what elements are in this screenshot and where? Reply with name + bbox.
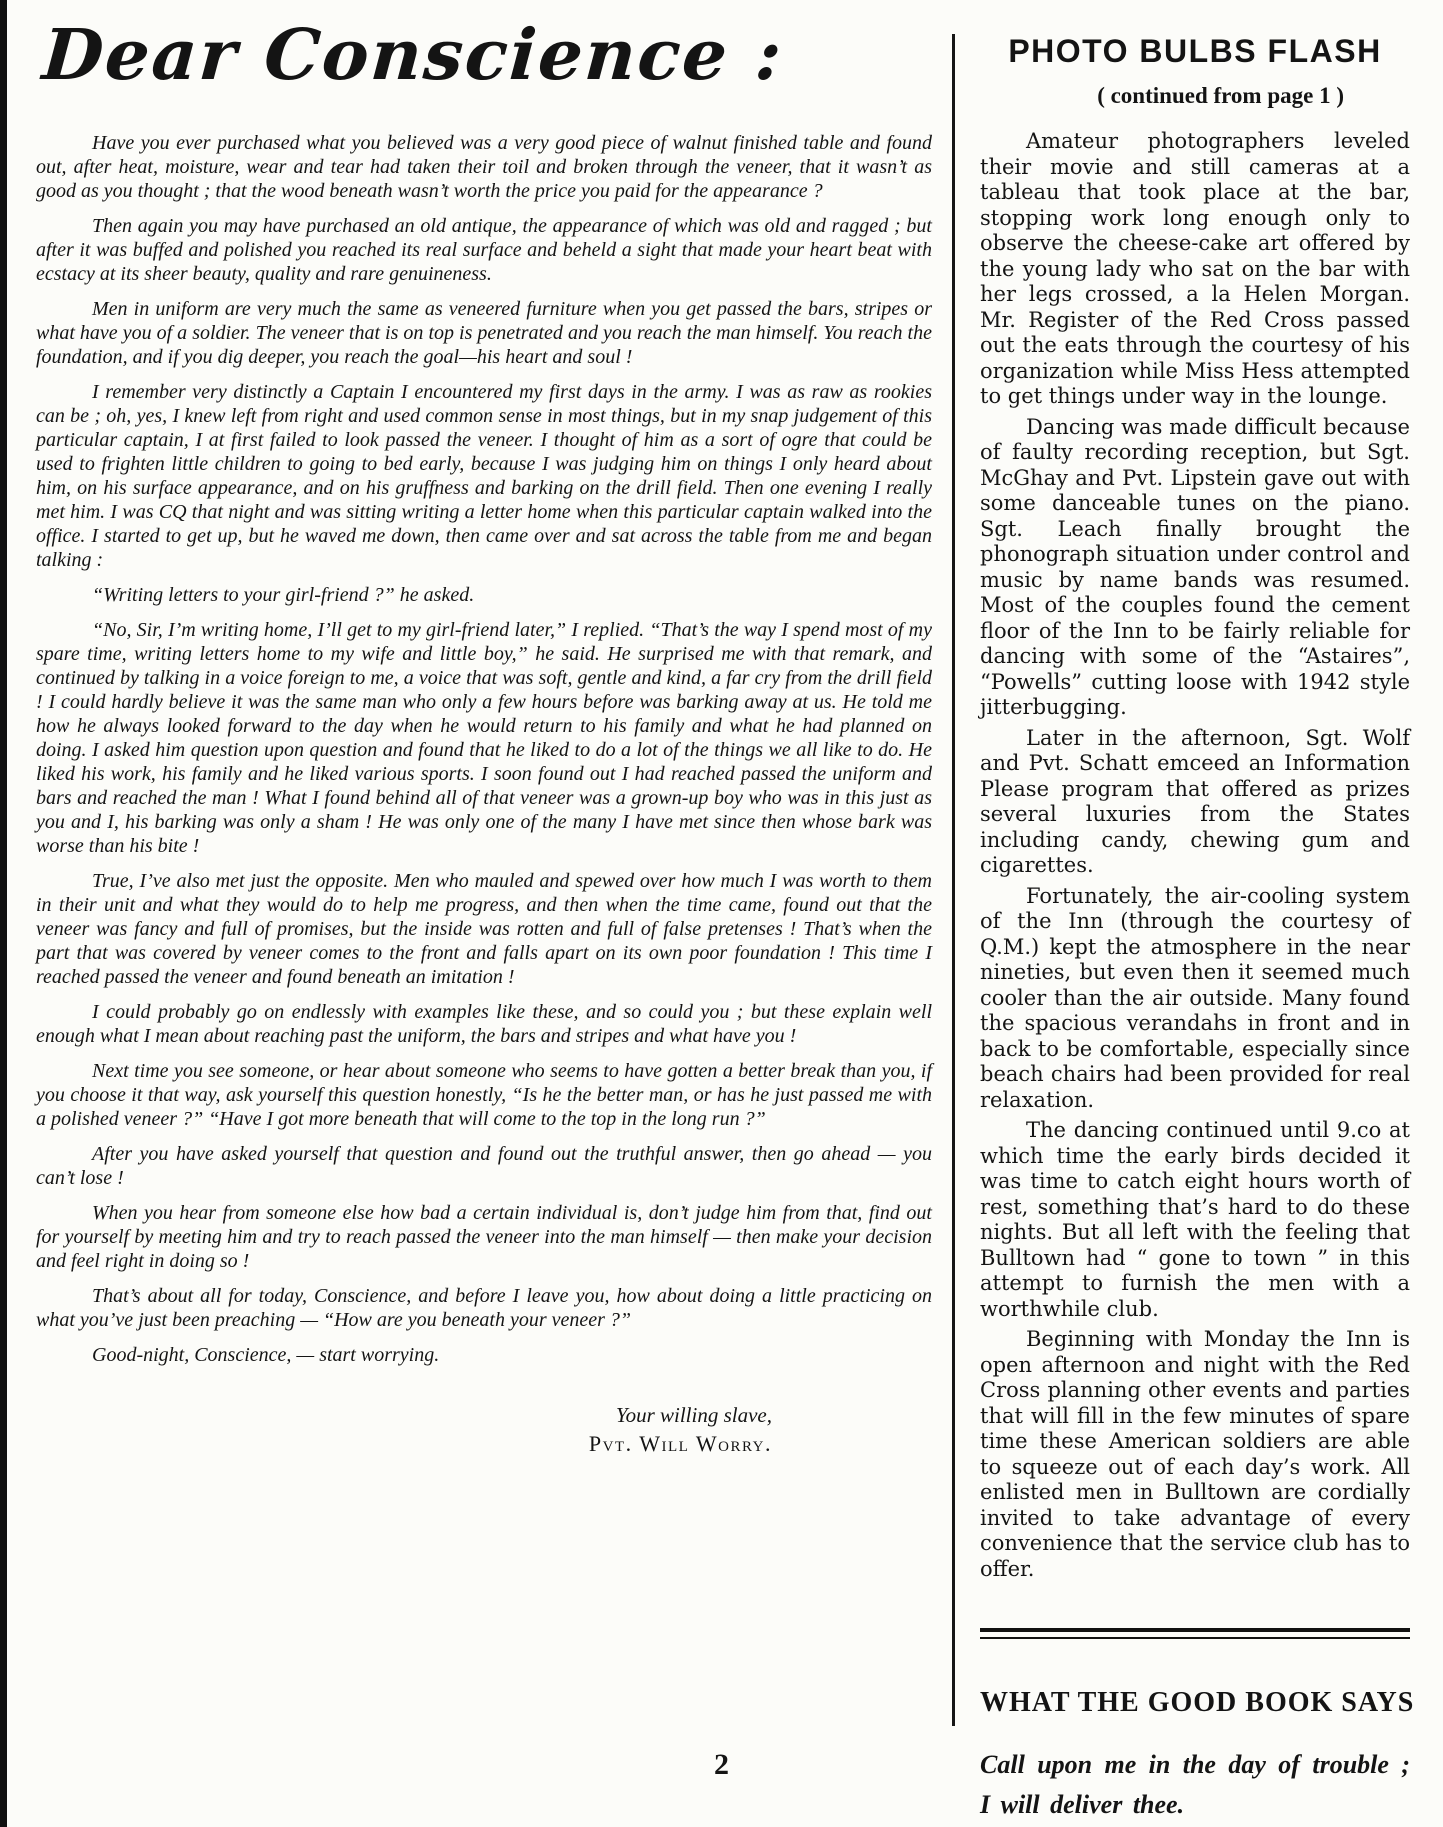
- signature-closing: Your willing slave,: [36, 1401, 772, 1429]
- letter-paragraph-10: After you have asked yourself that quest…: [36, 1142, 932, 1190]
- letter-paragraph-2: Then again you may have purchased an old…: [36, 214, 932, 286]
- letter-paragraph-7: True, I’ve also met just the opposite. M…: [36, 869, 932, 989]
- letter-paragraph-9: Next time you see someone, or hear about…: [36, 1059, 932, 1131]
- letter-paragraph-12: That’s about all for today, Conscience, …: [36, 1284, 932, 1332]
- letter-column: Dear Conscience : Have you ever purchase…: [36, 16, 932, 1459]
- article-paragraph-1: Amateur photographers leveled their movi…: [980, 129, 1410, 410]
- letter-title: Dear Conscience :: [40, 16, 937, 93]
- article-paragraph-2: Dancing was made difficult because of fa…: [980, 415, 1410, 721]
- letter-paragraph-3: Men in uniform are very much the same as…: [36, 297, 932, 369]
- letter-paragraph-8: I could probably go on endlessly with ex…: [36, 1000, 932, 1048]
- scan-edge-artifact: [0, 0, 7, 1827]
- section-divider-rule: [980, 1628, 1410, 1639]
- article-column: PHOTO BULBS FLASH ( continued from page …: [980, 34, 1410, 1825]
- newsletter-page: Dear Conscience : Have you ever purchase…: [0, 0, 1443, 1827]
- letter-paragraph-4: I remember very distinctly a Captain I e…: [36, 380, 932, 572]
- good-book-title: WHAT THE GOOD BOOK SAYS: [980, 1687, 1410, 1719]
- letter-signature: Your willing slave, Pvt. Will Worry.: [36, 1401, 932, 1459]
- article-paragraph-6: Beginning with Monday the Inn is open af…: [980, 1327, 1410, 1582]
- article-continued-note: ( continued from page 1 ): [980, 83, 1410, 109]
- page-number: 2: [0, 1748, 1443, 1782]
- letter-paragraph-5: “Writing letters to your girl-friend ?” …: [36, 583, 932, 607]
- article-paragraph-5: The dancing continued until 9.co at whic…: [980, 1118, 1410, 1322]
- article-paragraph-3: Later in the afternoon, Sgt. Wolf and Pv…: [980, 726, 1410, 879]
- signature-name: Pvt. Will Worry.: [36, 1429, 772, 1459]
- letter-paragraph-6: “No, Sir, I’m writing home, I’ll get to …: [36, 618, 932, 858]
- article-paragraph-4: Fortunately, the air-cooling system of t…: [980, 884, 1410, 1114]
- column-divider-rule: [952, 34, 955, 1726]
- letter-paragraph-13: Good-night, Conscience, — start worrying…: [36, 1343, 932, 1367]
- letter-paragraph-1: Have you ever purchased what you believe…: [36, 131, 932, 203]
- letter-paragraph-11: When you hear from someone else how bad …: [36, 1201, 932, 1273]
- article-title: PHOTO BULBS FLASH: [980, 34, 1410, 69]
